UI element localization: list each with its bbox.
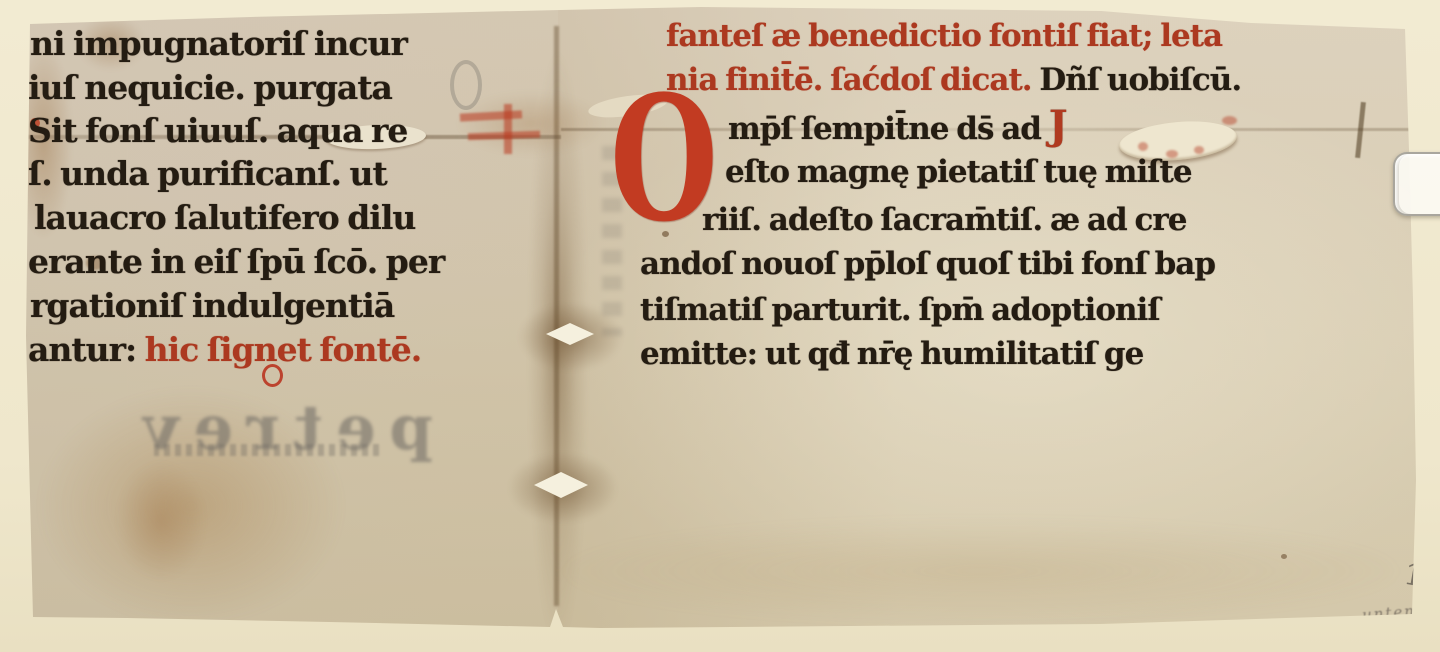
red-pigment-smear (468, 131, 540, 141)
red-pigment-smear (504, 104, 512, 154)
right-line-7: tiſmatiſ parturit. ſpm̄ adoptioniſ (640, 288, 1160, 332)
text-segment: tiſmatiſ parturit. ſpm̄ adoptioniſ (640, 292, 1160, 328)
edge-slit (1355, 102, 1366, 158)
showthrough-letter-o (450, 60, 482, 110)
text-segment: rgationiſ indulgentiā (30, 286, 394, 325)
left-line-2: iuſ nequicie. purgata (28, 66, 392, 110)
left-line-6: erante in eiſ ſpū ſcō. per (28, 240, 444, 284)
showthrough-illegible-line (154, 444, 379, 456)
stain-near-fold-top (456, 91, 606, 156)
initial-O: O (610, 90, 696, 240)
right-line-1: fanteſ æ benedictio fontiſ fiat; leta (666, 14, 1222, 58)
rubric-segment: fanteſ æ benedictio fontiſ fiat; leta (666, 18, 1222, 54)
right-line-2: nia finit̄ē. ſaćdoſ dicat. Dñſ uobiſcū. (666, 58, 1241, 102)
center-fold-stain (526, 6, 590, 630)
right-line-3: mp̄ſ ſempit̄ne ds̄ ad J (728, 104, 1067, 148)
pencil-note: unten (1361, 602, 1416, 625)
stain-right-bottom-band (566, 521, 1396, 621)
rubric-segment: nia finit̄ē. ſaćdoſ dicat. (666, 62, 1039, 98)
sewing-hole-smudge-lower (508, 452, 618, 524)
text-segment: andoſ nouoſ pp̄loſ quoſ tibi fonſ bap (640, 246, 1215, 282)
rubric-segment: J (1049, 102, 1067, 149)
left-line-4: ſ. unda purificanſ. ut (28, 152, 387, 196)
showthrough-display-text: petrev (56, 378, 506, 478)
right-line-4: eſto magnę pietatiſ tuę miſte (725, 150, 1192, 194)
faded-red-mark (1222, 116, 1237, 125)
stain-bottom-left (36, 386, 346, 626)
text-segment: riiſ. adeſto ſacram̄tiſ. æ ad cre (702, 202, 1186, 238)
text-segment: Dñſ uobiſcū. (1039, 62, 1241, 98)
rubric-segment: hic ſignet fontē. (136, 330, 421, 369)
center-fold-line (554, 26, 559, 606)
text-segment: ſ. unda purificanſ. ut (28, 154, 387, 193)
sewing-hole-lower (534, 472, 588, 498)
text-segment: antur: (28, 330, 136, 369)
left-line-7: rgationiſ indulgentiā (30, 284, 394, 328)
text-segment: lauacro ſalutifero dilu (34, 198, 415, 237)
left-line-5: lauacro ſalutifero dilu (34, 196, 415, 240)
stain-lower-left (116, 461, 206, 581)
left-line-1: ni impugnatoriſ incur (30, 22, 407, 66)
text-segment: emitte: ut qđ nr̄ę humilitatiſ ge (640, 336, 1143, 372)
ink-speck-bottom-right (1281, 554, 1287, 559)
text-segment: eſto magnę pietatiſ tuę miſte (725, 154, 1192, 190)
red-pigment-smear (460, 110, 522, 121)
right-line-8: emitte: ut qđ nr̄ę humilitatiſ ge (640, 332, 1143, 376)
pencil-folio-number: 1 (1401, 557, 1426, 595)
text-segment: erante in eiſ ſpū ſcō. per (28, 242, 444, 281)
left-line-3: Sit fonſ uiuuſ. aqua re (28, 109, 407, 153)
text-segment: Sit fonſ uiuuſ. aqua re (28, 111, 407, 150)
sewing-hole-smudge-upper (518, 302, 623, 372)
text-segment: mp̄ſ ſempit̄ne ds̄ ad (728, 111, 1049, 147)
faded-red-mark (1194, 146, 1204, 154)
parchment-bifolium: petrev ni impugnatoriſ incur iuſ nequici… (26, 6, 1418, 630)
manuscript-photo: petrev ni impugnatoriſ incur iuſ nequici… (0, 0, 1440, 652)
text-segment: ni impugnatoriſ incur (30, 24, 407, 63)
text-segment: iuſ nequicie. purgata (28, 68, 392, 107)
sewing-hole-upper (546, 323, 594, 345)
right-line-6: andoſ nouoſ pp̄loſ quoſ tibi fonſ bap (640, 242, 1215, 286)
left-line-8: antur: hic ſignet fontē. (28, 328, 421, 372)
right-line-5: riiſ. adeſto ſacram̄tiſ. æ ad cre (702, 198, 1186, 242)
paperclip (1393, 152, 1440, 216)
